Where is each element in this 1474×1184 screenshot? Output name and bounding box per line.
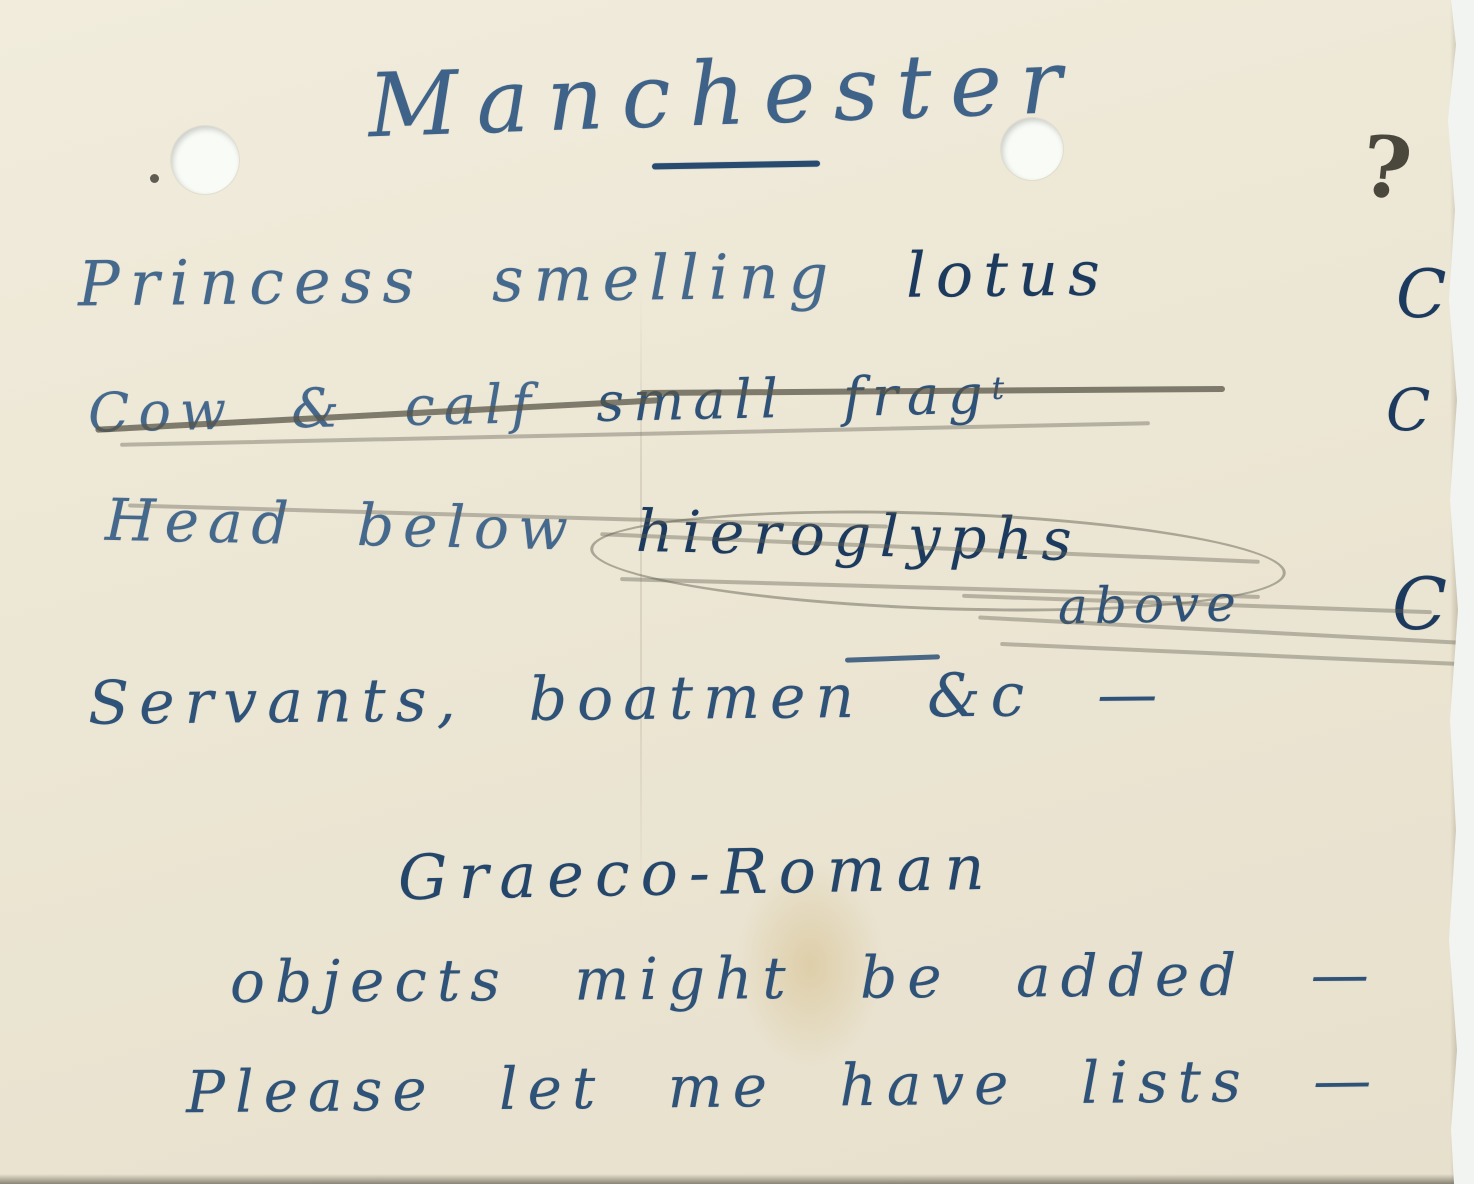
line-text: Princess smelling	[78, 239, 907, 321]
line-text-dark: lotus	[906, 237, 1111, 312]
card-right-edge-shadow	[1450, 0, 1460, 1184]
pencil-question-mark: ?	[1357, 116, 1416, 220]
note-line-objects-added: objects might be added —	[230, 940, 1379, 1016]
line-text: Head below	[104, 486, 636, 565]
note-line-graeco-roman: Graeco-Roman	[397, 831, 996, 914]
note-line-princess: Princess smelling lotus	[78, 237, 1111, 321]
scanned-card: Manchester ? Princess smelling lotus C C…	[0, 0, 1474, 1184]
margin-note-c: C	[1386, 376, 1430, 444]
punch-hole-right	[1001, 118, 1063, 180]
margin-note-c: C	[1392, 562, 1447, 646]
margin-note-c: C	[1396, 256, 1447, 333]
card-bottom-edge-shadow	[0, 1174, 1474, 1184]
note-line-servants: Servants, boatmen &c —	[88, 659, 1168, 738]
punch-hole-left	[171, 126, 239, 194]
note-line-please-lists: Please let me have lists —	[186, 1046, 1382, 1127]
title-underline	[652, 161, 820, 170]
index-card-paper: Manchester ? Princess smelling lotus C C…	[0, 0, 1474, 1184]
ink-speck	[150, 174, 159, 183]
card-title: Manchester	[366, 30, 1081, 158]
